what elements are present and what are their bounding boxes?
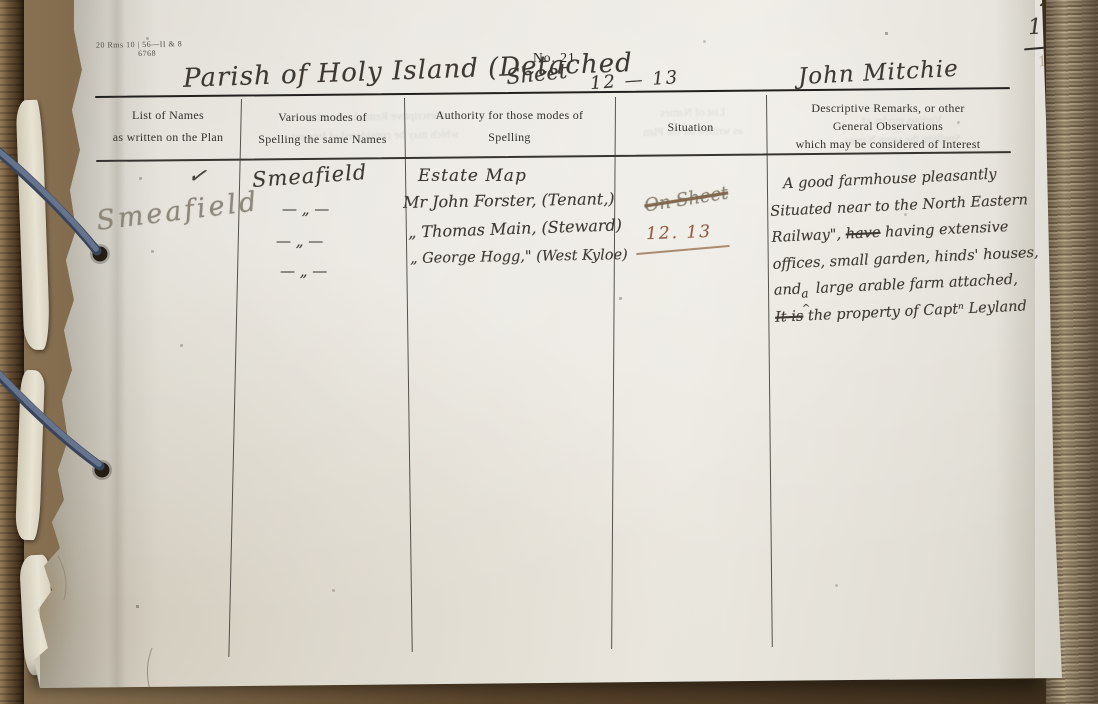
authority-entry: „ George Hogg," (West Kyloe): [410, 247, 628, 267]
remarks-struck-word: It is: [775, 308, 804, 325]
sheet-label-handwriting: Sheet: [505, 59, 568, 89]
header-line: Descriptive Remarks, or other: [766, 99, 1010, 117]
header-line: as written on the Plan: [95, 126, 241, 148]
torn-page-remnant: [15, 370, 45, 541]
stamp-line2: 6768: [138, 48, 182, 58]
examiner-signature: John Mitchie: [797, 56, 959, 90]
checkmark: ✓: [186, 163, 208, 190]
column-header-spelling-modes: Various modes of Spelling the same Names: [241, 106, 404, 150]
spelling-entry: Smeafield: [251, 160, 368, 192]
remarks-text: Railway",: [771, 227, 841, 246]
header-line: Spelling: [404, 126, 615, 148]
header-line: List of Names: [95, 104, 241, 126]
remarks-text: and: [774, 282, 802, 299]
ditto-mark: — „ —: [276, 232, 323, 250]
remarks-text: large arable farm attached,: [815, 272, 1018, 297]
authority-entry: Estate Map: [418, 166, 527, 186]
column-divider-2: [404, 98, 413, 652]
header-line: Situation: [615, 116, 766, 138]
header-line: Spelling the same Names: [241, 128, 404, 150]
header-line: Various modes of: [241, 106, 404, 128]
situation-sheet-numbers: 12. 13: [646, 222, 713, 244]
scanned-register-photo: 20 Rms 10 | 56—II & 8 6768 No. 21. Paris…: [0, 0, 1098, 704]
authority-entry: Mr John Forster, (Tenant,): [403, 189, 615, 212]
remarks-struck-word: have: [845, 225, 880, 243]
descriptive-remarks: A good farmhouse pleasantly Situated nea…: [769, 160, 1034, 331]
remarks-text: the property of Captⁿ Leyland: [808, 298, 1028, 324]
column-header-authority: Authority for those modes of Spelling: [404, 104, 615, 148]
ditto-mark: — „ —: [282, 200, 329, 218]
column-header-names: List of Names as written on the Plan: [95, 104, 241, 148]
column-header-remarks: Descriptive Remarks, or other General Ob…: [766, 99, 1010, 153]
column-divider-3: [611, 97, 616, 649]
authority-entry: „ Thomas Main, (Steward): [408, 215, 623, 241]
situation-underline: [636, 245, 730, 256]
caret-mark: ^: [801, 296, 811, 323]
remarks-text: having extensive: [885, 219, 1009, 241]
name-book-page: 20 Rms 10 | 56—II & 8 6768 No. 21. Paris…: [0, 0, 1098, 704]
situation-struck-pencil: On Sheet: [643, 183, 730, 217]
header-line: Authority for those modes of: [404, 104, 615, 126]
header-line: General Observations: [766, 117, 1010, 135]
column-divider-1: [228, 99, 242, 657]
column-header-situation: Situation: [615, 116, 766, 138]
name-on-plan-pencil: Smeafield: [95, 186, 261, 237]
header-line: which may be considered of Interest: [766, 135, 1010, 153]
printers-stamp: 20 Rms 10 | 56—II & 8 6768: [96, 39, 183, 59]
ditto-mark: — „ —: [280, 262, 327, 280]
